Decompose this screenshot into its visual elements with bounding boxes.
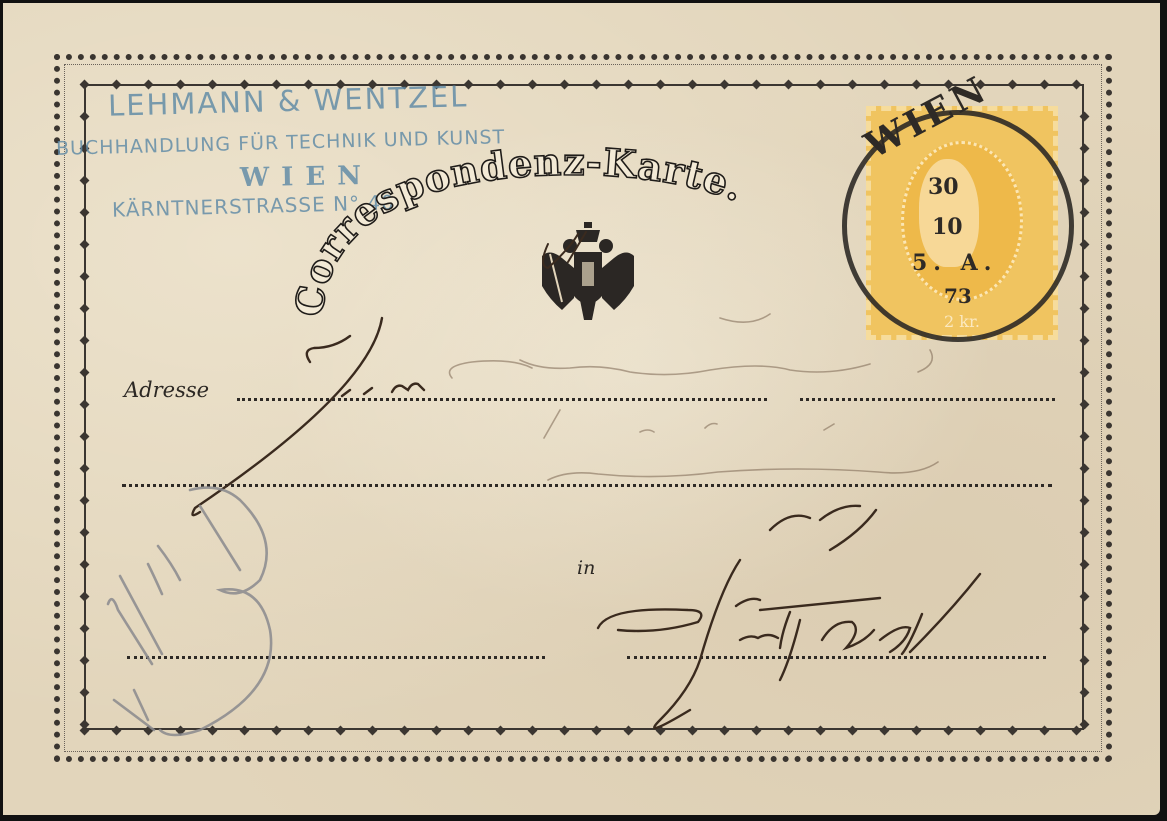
city-label: in [577, 557, 595, 579]
postmark-time: 5. A. [912, 250, 997, 276]
double-headed-eagle-icon [540, 222, 636, 322]
postmark-day: 30 [928, 174, 959, 200]
address-line-1 [237, 398, 767, 401]
address-line-3 [127, 656, 545, 659]
address-line-2 [122, 484, 1052, 487]
address-label: Adresse [124, 378, 209, 402]
address-line-1b [800, 398, 1055, 401]
scan-edge-right [1160, 0, 1167, 821]
scan-edge-bottom [0, 815, 1167, 821]
sender-stamp-city: WIEN [240, 161, 373, 193]
postmark-month: 10 [932, 214, 963, 240]
city-line [627, 656, 1046, 659]
postmark-year: 73 [944, 284, 972, 308]
